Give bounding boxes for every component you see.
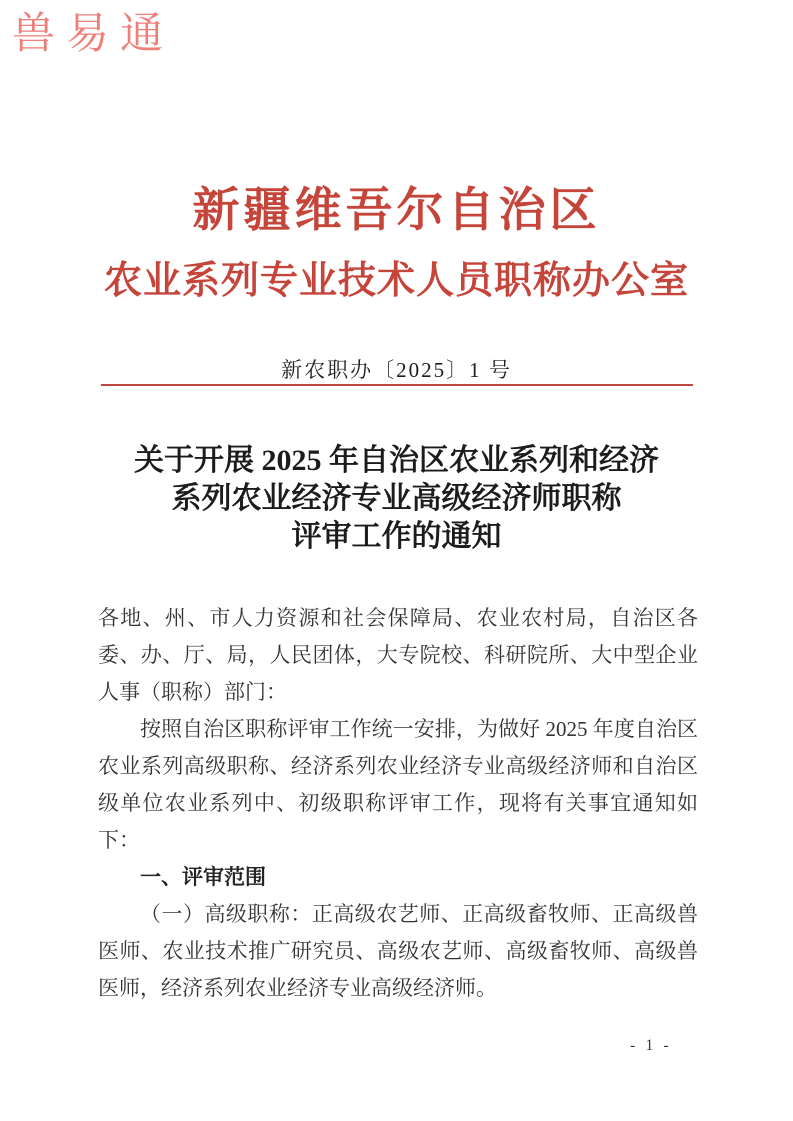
- section-1-item-1: （一）高级职称：正高级农艺师、正高级畜牧师、正高级兽医师、农业技术推广研究员、高…: [98, 896, 698, 1007]
- document-number: 新农职办〔2025〕1 号: [0, 354, 793, 384]
- letterhead-org-name-line2: 农业系列专业技术人员职称办公室: [0, 249, 793, 304]
- section-1-heading: 一、评审范围: [98, 859, 698, 896]
- notice-title: 关于开展 2025 年自治区农业系列和经济 系列农业经济专业高级经济师职称 评审…: [0, 442, 793, 556]
- letterhead-red-divider: [101, 384, 693, 386]
- notice-title-line2: 系列农业经济专业高级经济师职称: [0, 480, 793, 518]
- letterhead-org-name-line1: 新疆维吾尔自治区: [0, 173, 793, 240]
- page-number: - 1 -: [630, 1037, 672, 1055]
- notice-title-line1: 关于开展 2025 年自治区农业系列和经济: [0, 442, 793, 480]
- salutation-paragraph: 各地、州、市人力资源和社会保障局、农业农村局，自治区各委、办、厅、局，人民团体，…: [98, 600, 698, 711]
- scanned-document-page: 兽易通 新疆维吾尔自治区 农业系列专业技术人员职称办公室 新农职办〔2025〕1…: [0, 0, 793, 1121]
- watermark-text: 兽易通: [12, 0, 174, 61]
- document-body: 各地、州、市人力资源和社会保障局、农业农村局，自治区各委、办、厅、局，人民团体，…: [98, 600, 698, 1007]
- notice-title-line3: 评审工作的通知: [0, 518, 793, 556]
- intro-paragraph: 按照自治区职称评审工作统一安排，为做好 2025 年度自治区农业系列高级职称、经…: [98, 711, 698, 859]
